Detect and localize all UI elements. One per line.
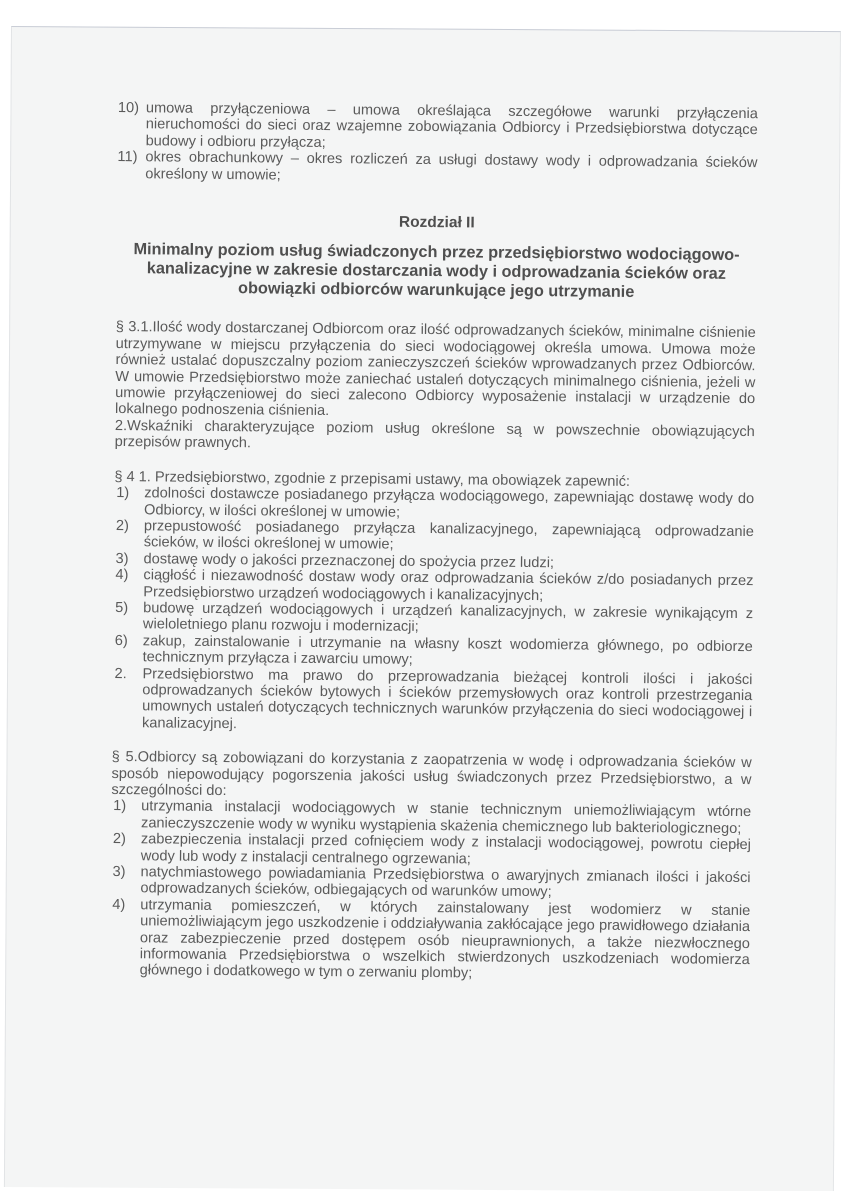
definitions-list: 10) umowa przyłączeniowa – umowa określa…	[117, 100, 758, 188]
list-item-text: ciągłość i niezawodność dostaw wody oraz…	[143, 567, 753, 603]
list-item-text: zabezpieczenia instalacji przed cofnięci…	[141, 831, 751, 867]
document-content: 10) umowa przyłączeniowa – umowa określa…	[109, 100, 758, 1003]
definition-text: okres obrachunkowy – okres rozliczeń za …	[145, 149, 757, 183]
list-item-text: budowę urządzeń wodociągowych i urządzeń…	[143, 600, 753, 635]
list-item-text: przepustowość posiadanego przyłącza kana…	[144, 518, 754, 553]
list-item-text: Przedsiębiorstwo ma prawo do przeprowadz…	[142, 666, 753, 732]
chapter-title: Minimalny poziom usług świadczonych prze…	[108, 240, 765, 303]
section-5-intro: § 5.Odbiorcy są zobowiązani do korzystan…	[111, 749, 751, 804]
list-item-number: 2.	[114, 666, 126, 683]
list-item-text: zakup, zainstalowanie i utrzymanie na wł…	[143, 633, 753, 668]
list-item-number: 4)	[112, 897, 125, 914]
definition-number: 11)	[117, 149, 137, 166]
list-item-text: utrzymania pomieszczeń, w których zainst…	[140, 897, 751, 982]
list-item-text: zdolności dostawcze posiadanego przyłącz…	[144, 485, 754, 520]
list-item-number: 1)	[113, 798, 126, 815]
list-item-number: 6)	[115, 633, 128, 650]
definition-number: 10)	[118, 100, 139, 117]
section-3-paragraph-2: 2.Wskaźniki charakteryzujące poziom usłu…	[115, 418, 755, 457]
list-item-number: 4)	[115, 567, 128, 584]
list-item-number: 1)	[116, 485, 129, 502]
list-item-text: natychmiastowego powiadamiania Przedsięb…	[140, 864, 750, 900]
list-item: 4) utrzymania pomieszczeń, w których zai…	[110, 897, 751, 985]
list-item-number: 3)	[116, 551, 129, 568]
list-item: 2. Przedsiębiorstwo ma prawo do przeprow…	[112, 666, 753, 738]
definition-text: umowa przyłączeniowa – umowa określająca…	[146, 100, 758, 151]
definition-item: 10) umowa przyłączeniowa – umowa określa…	[118, 100, 758, 155]
section-4: § 4 1. Przedsiębiorstwo, zgodnie z przep…	[112, 469, 754, 738]
definition-item: 11) okres obrachunkowy – okres rozliczeń…	[117, 149, 757, 188]
list-item-text: utrzymania instalacji wodociągowych w st…	[141, 799, 751, 837]
list-item-number: 2)	[116, 518, 129, 535]
section-5: § 5.Odbiorcy są zobowiązani do korzystan…	[110, 749, 752, 985]
chapter-heading: Rozdział II	[117, 212, 757, 235]
list-item-number: 5)	[115, 600, 128, 617]
section-3: § 3.1.Ilość wody dostarczanej Odbiorcom …	[115, 319, 756, 456]
list-item-number: 2)	[113, 831, 126, 848]
list-item-number: 3)	[113, 864, 126, 881]
section-3-paragraph-1: § 3.1.Ilość wody dostarczanej Odbiorcom …	[115, 319, 756, 424]
